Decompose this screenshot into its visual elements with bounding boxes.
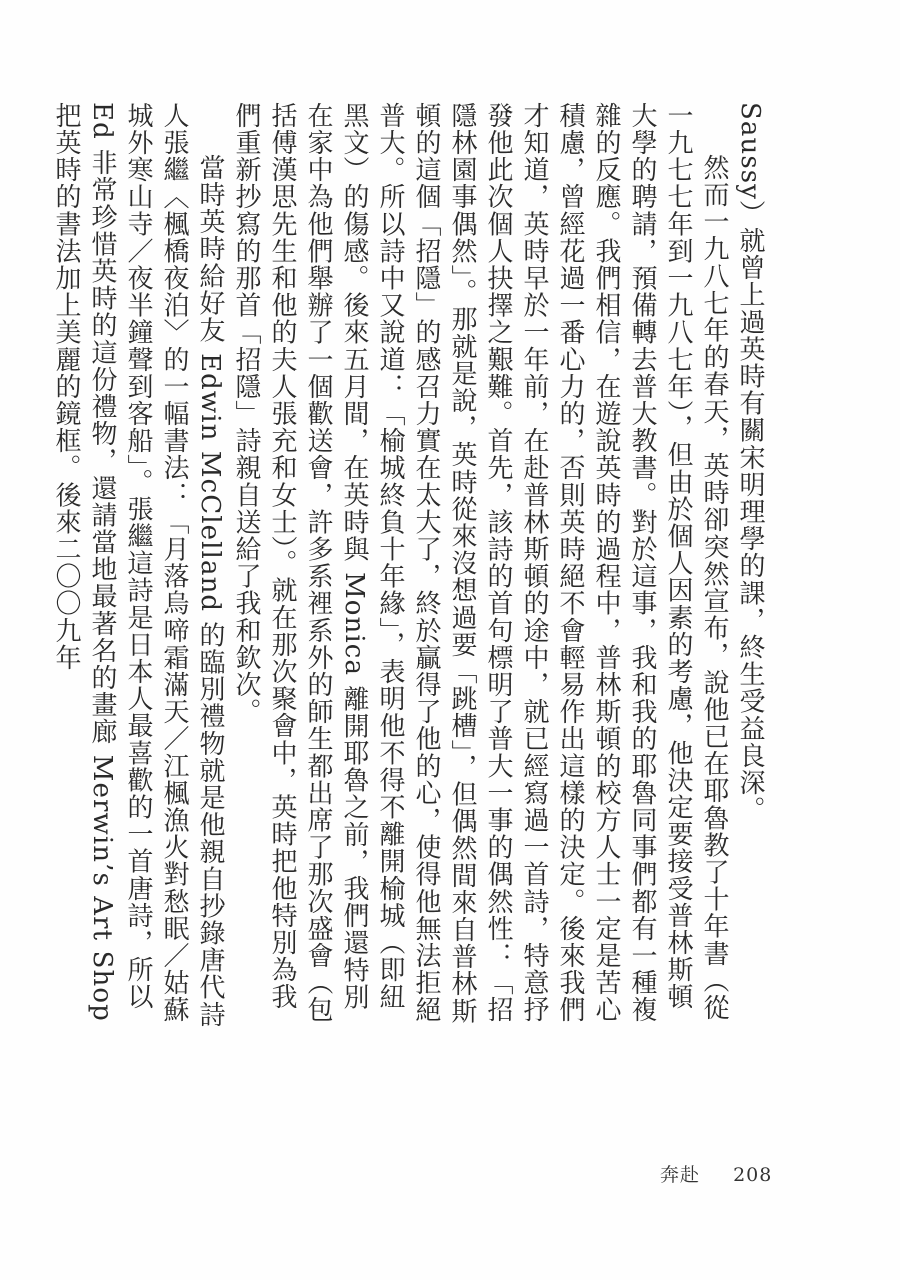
page-number: 208	[733, 1164, 772, 1186]
paragraph-continuation: Saussy）就曾上過英時有關宋明理學的課，終生受益良深。	[732, 102, 768, 1032]
paragraph-calligraphy-gift: 當時英時給好友 Edwin McClelland 的臨別禮物就是他親自抄錄唐代詩…	[48, 102, 228, 1032]
vertical-text-body: Saussy）就曾上過英時有關宋明理學的課，終生受益良深。 然而一九八七年的春天…	[128, 102, 768, 1032]
book-page: Saussy）就曾上過英時有關宋明理學的課，終生受益良深。 然而一九八七年的春天…	[0, 0, 900, 1280]
book-title: 奔赴	[660, 1164, 700, 1186]
page-footer: 奔赴 208	[660, 1160, 772, 1187]
paragraph-yale-departure: 然而一九八七年的春天，英時卻突然宣布，說他已在耶魯教了十年書（從一九七七年到一九…	[228, 102, 732, 1032]
